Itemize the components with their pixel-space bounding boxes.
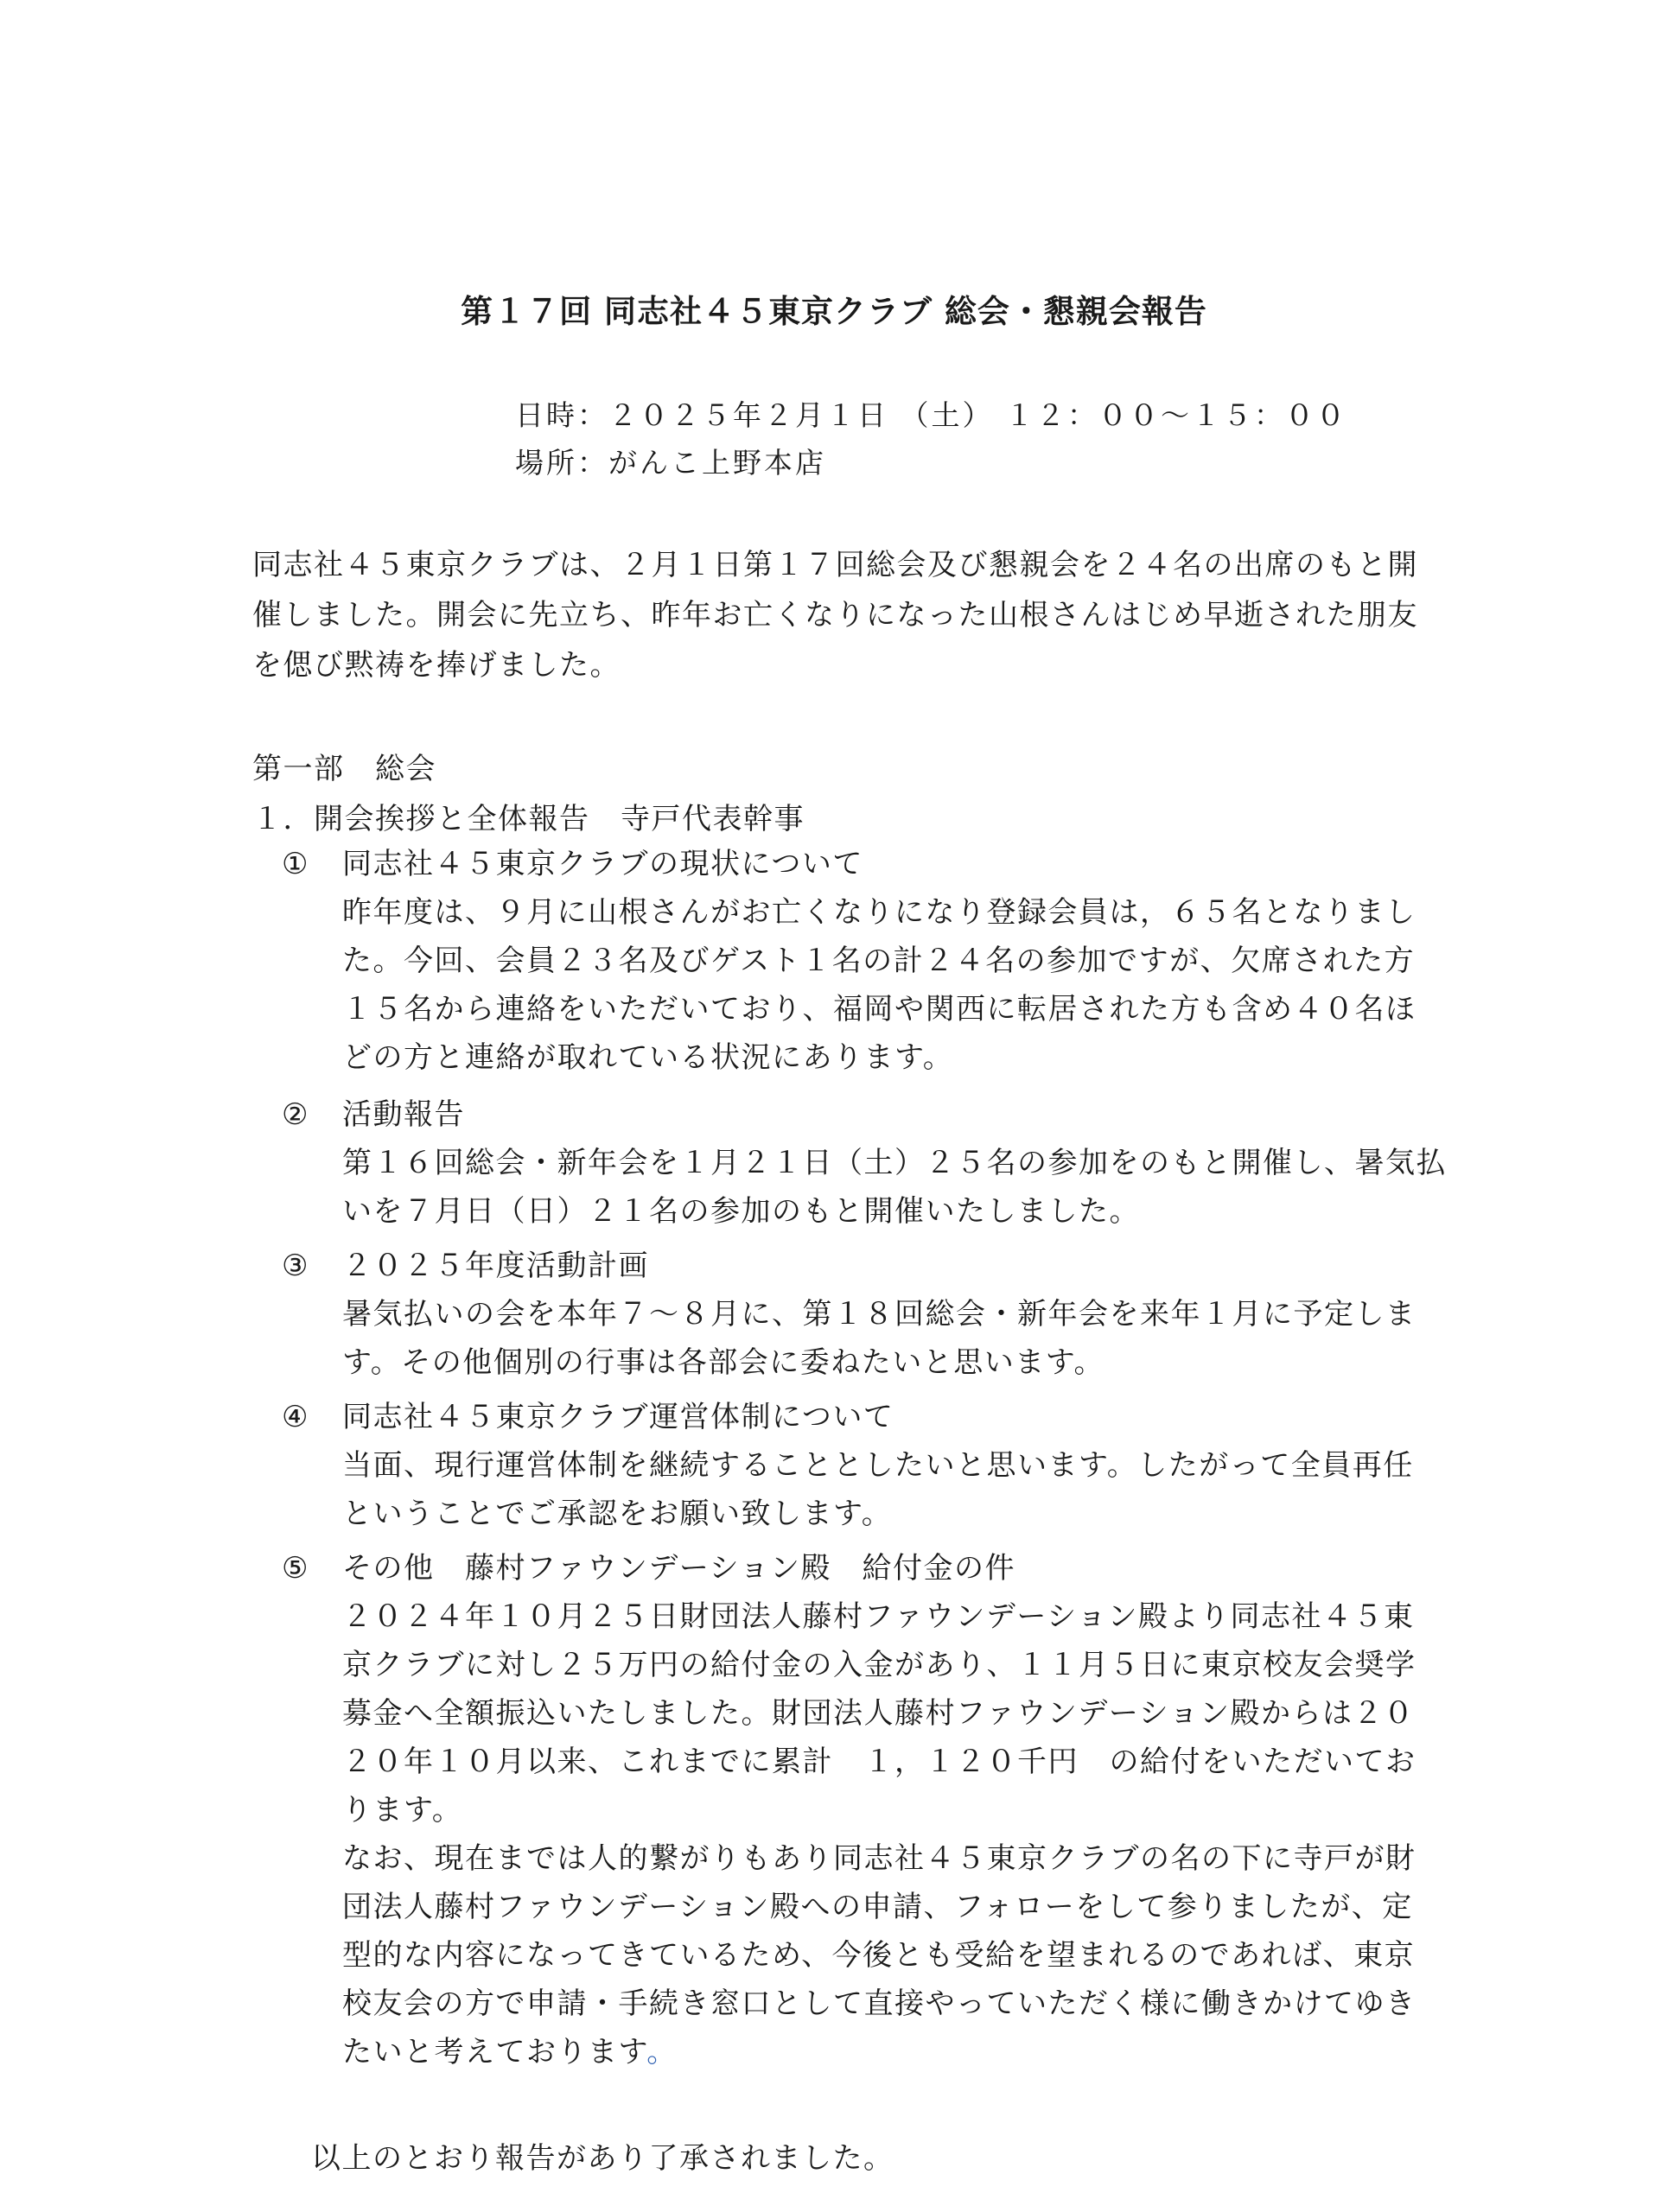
body-line-text: たいと考えております [342, 2035, 646, 2069]
body-line: 募金へ全額振込いたしました。財団法人藤村ファウンデーション殿からは２０ [342, 1689, 1440, 1738]
subitem-body: 暑気払いの会を本年７～８月に、第１８回総会・新年会を来年１月に予定しま す。その… [282, 1290, 1440, 1387]
subitem-body: 昨年度は、９月に山根さんがお亡くなりになり登録会員は，６５名となりまし た。今回… [282, 888, 1440, 1082]
subitem-heading: その他 藤村ファウンデーション殿 給付金の件 [282, 1544, 1440, 1592]
intro-line: 同志社４５東京クラブは、２月１日第１７回総会及び懇親会を２４名の出席のもと開 [252, 540, 1428, 590]
body-line: ということでご承認をお願い致します。 [342, 1490, 1440, 1538]
event-date-line: 日時：２０２５年２月１日 （土） １２：００～１５：００ [515, 393, 1347, 434]
intro-line: を偲び黙祷を捧げました。 [252, 640, 1428, 690]
subitem-body: 第１６回総会・新年会を１月２１日（土）２５名の参加をのもと開催し、暑気払 いを７… [282, 1139, 1440, 1236]
intro-paragraph: 同志社４５東京クラブは、２月１日第１７回総会及び懇親会を２４名の出席のもと開 催… [252, 540, 1428, 690]
subitem-activity-plan: ③ ２０２５年度活動計画 暑気払いの会を本年７～８月に、第１８回総会・新年会を来… [282, 1242, 1440, 1387]
body-line-final: たいと考えております。 [342, 2028, 1440, 2076]
subitem-body: ２０２４年１０月２５日財団法人藤村ファウンデーション殿より同志社４５東 京クラブ… [282, 1592, 1440, 2076]
document-page: 第１７回 同志社４５東京クラブ 総会・懇親会報告 日時：２０２５年２月１日 （土… [0, 0, 1668, 2212]
subitem-activity-report: ② 活動報告 第１６回総会・新年会を１月２１日（土）２５名の参加をのもと開催し、… [282, 1090, 1440, 1236]
circled-number: ⑤ [282, 1544, 309, 1592]
body-line: どの方と連絡が取れている状況にあります。 [342, 1033, 1440, 1082]
body-line: なお、現在までは人的繋がりもあり同志社４５東京クラブの名の下に寺戸が財 [342, 1834, 1440, 1883]
circled-number: ④ [282, 1393, 309, 1441]
body-line: 昨年度は、９月に山根さんがお亡くなりになり登録会員は，６５名となりまし [342, 888, 1440, 937]
part1-heading: 第一部 総会 [252, 745, 436, 787]
body-line: 暑気払いの会を本年７～８月に、第１８回総会・新年会を来年１月に予定しま [342, 1290, 1440, 1338]
body-line: 校友会の方で申請・手続き窓口として直接やっていただく様に働きかけてゆき [342, 1980, 1440, 2028]
body-line: 第１６回総会・新年会を１月２１日（土）２５名の参加をのもと開催し、暑気払 [342, 1139, 1440, 1187]
subitem-heading: 同志社４５東京クラブ運営体制について [282, 1393, 1440, 1441]
circled-number: ① [282, 840, 309, 888]
body-line: 京クラブに対し２５万円の給付金の入金があり、１１月５日に東京校友会奨学 [342, 1641, 1440, 1689]
body-line: ります。 [342, 1786, 1440, 1834]
final-period: 。 [646, 2035, 678, 2069]
subitem-grant: ⑤ その他 藤村ファウンデーション殿 給付金の件 ２０２４年１０月２５日財団法人… [282, 1544, 1440, 2076]
subitem-heading: 活動報告 [282, 1090, 1440, 1139]
body-line: た。今回、会員２３名及びゲスト１名の計２４名の参加ですが、欠席された方 [342, 937, 1440, 985]
subitem-status: ① 同志社４５東京クラブの現状について 昨年度は、９月に山根さんがお亡くなりにな… [282, 840, 1440, 1082]
item1-heading: １．開会挨拶と全体報告 寺戸代表幹事 [252, 795, 805, 837]
body-line: ２０２４年１０月２５日財団法人藤村ファウンデーション殿より同志社４５東 [342, 1592, 1440, 1641]
body-line: １５名から連絡をいただいており、福岡や関西に転居された方も含め４０名ほ [342, 985, 1440, 1033]
body-line: す。その他個別の行事は各部会に委ねたいと思います。 [342, 1338, 1440, 1387]
intro-line: 催しました。開会に先立ち、昨年お亡くなりになった山根さんはじめ早逝された朋友 [252, 590, 1428, 640]
subitem-heading: 同志社４５東京クラブの現状について [282, 840, 1440, 888]
body-line: ２０年１０月以来、これまでに累計 １，１２０千円 の給付をいただいてお [342, 1738, 1440, 1786]
closing-statement: 以上のとおり報告があり了承されました。 [311, 2134, 894, 2177]
subitem-management: ④ 同志社４５東京クラブ運営体制について 当面、現行運営体制を継続することとした… [282, 1393, 1440, 1538]
subitem-heading: ２０２５年度活動計画 [282, 1242, 1440, 1290]
body-line: 当面、現行運営体制を継続することとしたいと思います。したがって全員再任 [342, 1441, 1440, 1490]
document-title: 第１７回 同志社４５東京クラブ 総会・懇親会報告 [0, 285, 1668, 332]
circled-number: ② [282, 1090, 309, 1139]
circled-number: ③ [282, 1242, 309, 1290]
body-line: 型的な内容になってきているため、今後とも受給を望まれるのであれば、東京 [342, 1931, 1440, 1980]
body-line: いを７月日（日）２１名の参加のもと開催いたしました。 [342, 1187, 1440, 1236]
subitem-body: 当面、現行運営体制を継続することとしたいと思います。したがって全員再任 というこ… [282, 1441, 1440, 1538]
body-line: 団法人藤村ファウンデーション殿への申請、フォローをして参りましたが、定 [342, 1883, 1440, 1931]
event-place-line: 場所：がんこ上野本店 [515, 441, 826, 481]
